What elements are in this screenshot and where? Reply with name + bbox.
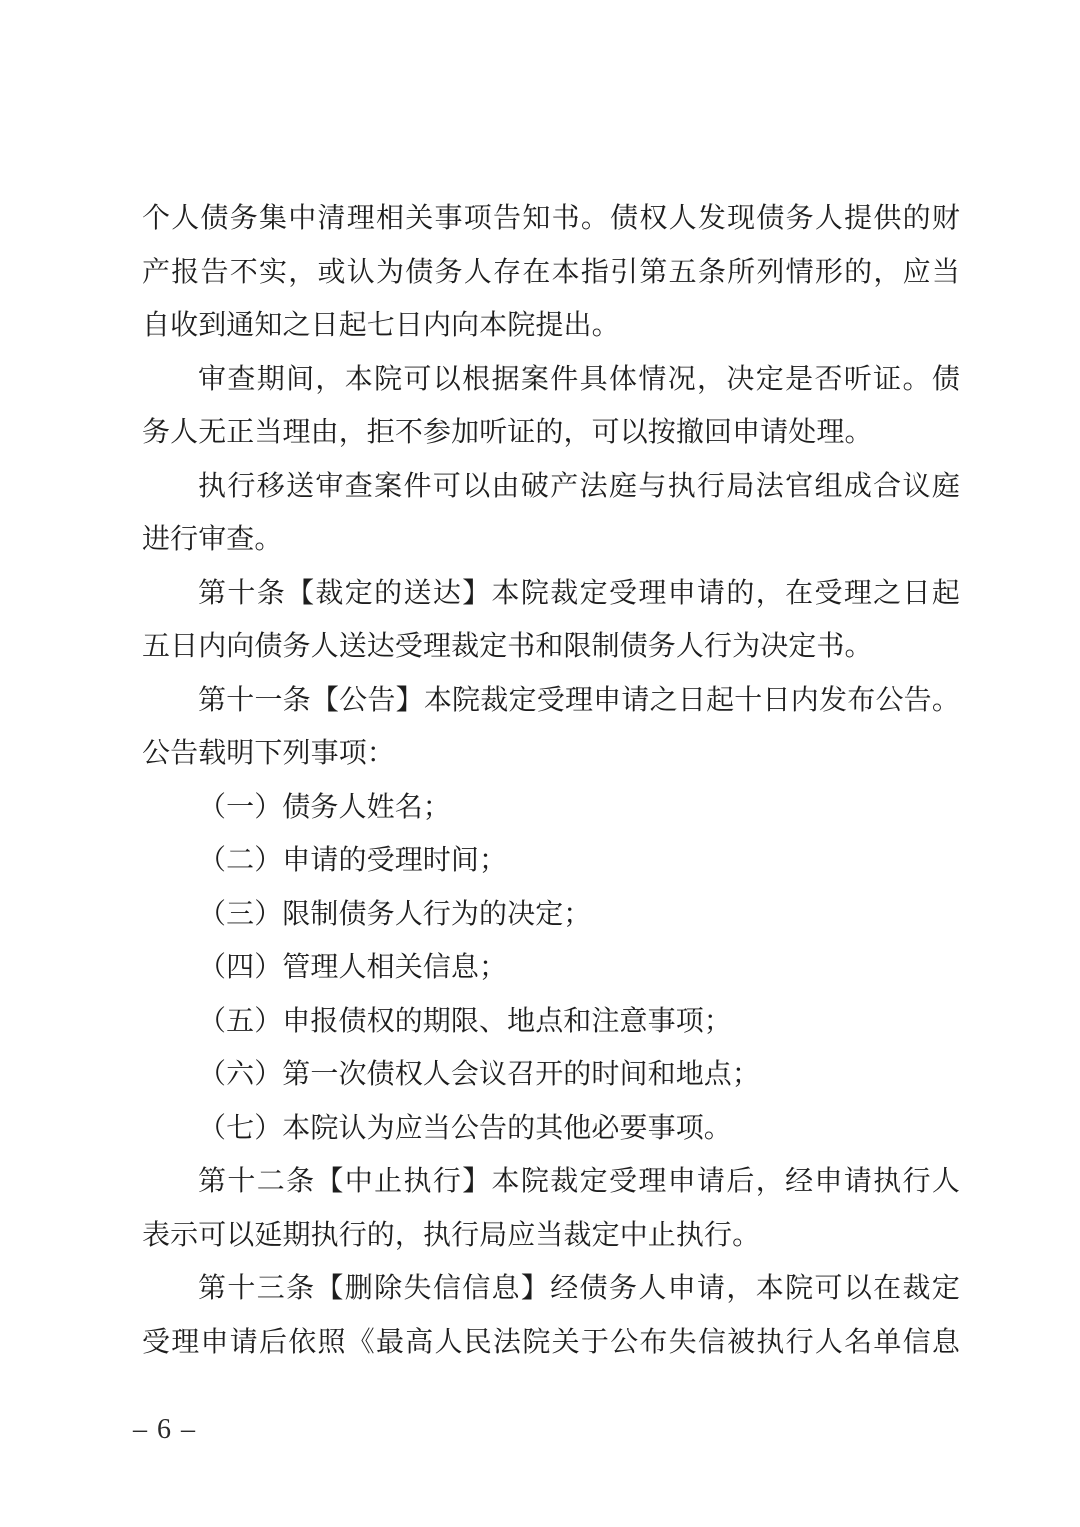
text-line: 务人无正当理由，拒不参加听证的，可以按撤回申请处理。 xyxy=(142,406,960,460)
text-line: 第十一条【公告】本院裁定受理申请之日起十日内发布公告。 xyxy=(142,674,960,728)
text-line: 受理申请后依照《最高人民法院关于公布失信被执行人名单信息 xyxy=(142,1316,960,1370)
text-line: 产报告不实，或认为债务人存在本指引第五条所列情形的，应当 xyxy=(142,246,960,300)
paragraph: （二）申请的受理时间； xyxy=(142,834,960,888)
text-line: 审查期间，本院可以根据案件具体情况，决定是否听证。债 xyxy=(142,353,960,407)
paragraph: 第十条【裁定的送达】本院裁定受理申请的，在受理之日起五日内向债务人送达受理裁定书… xyxy=(142,567,960,674)
document-body: 个人债务集中清理相关事项告知书。债权人发现债务人提供的财产报告不实，或认为债务人… xyxy=(142,192,960,1369)
text-line: （一）债务人姓名； xyxy=(142,781,960,835)
text-line: 第十三条【删除失信信息】经债务人申请，本院可以在裁定 xyxy=(142,1262,960,1316)
paragraph: （六）第一次债权人会议召开的时间和地点； xyxy=(142,1048,960,1102)
paragraph: （七）本院认为应当公告的其他必要事项。 xyxy=(142,1102,960,1156)
text-line: 第十二条【中止执行】本院裁定受理申请后，经申请执行人 xyxy=(142,1155,960,1209)
paragraph: 第十二条【中止执行】本院裁定受理申请后，经申请执行人表示可以延期执行的，执行局应… xyxy=(142,1155,960,1262)
text-line: （四）管理人相关信息； xyxy=(142,941,960,995)
text-line: 个人债务集中清理相关事项告知书。债权人发现债务人提供的财 xyxy=(142,192,960,246)
text-line: （三）限制债务人行为的决定； xyxy=(142,888,960,942)
text-line: （六）第一次债权人会议召开的时间和地点； xyxy=(142,1048,960,1102)
text-line: （五）申报债权的期限、地点和注意事项； xyxy=(142,995,960,1049)
text-line: 第十条【裁定的送达】本院裁定受理申请的，在受理之日起 xyxy=(142,567,960,621)
text-line: 五日内向债务人送达受理裁定书和限制债务人行为决定书。 xyxy=(142,620,960,674)
paragraph: （三）限制债务人行为的决定； xyxy=(142,888,960,942)
text-line: （二）申请的受理时间； xyxy=(142,834,960,888)
paragraph: （四）管理人相关信息； xyxy=(142,941,960,995)
paragraph: 执行移送审查案件可以由破产法庭与执行局法官组成合议庭进行审查。 xyxy=(142,460,960,567)
paragraph: （五）申报债权的期限、地点和注意事项； xyxy=(142,995,960,1049)
paragraph: 第十一条【公告】本院裁定受理申请之日起十日内发布公告。公告载明下列事项： xyxy=(142,674,960,781)
text-line: （七）本院认为应当公告的其他必要事项。 xyxy=(142,1102,960,1156)
text-line: 执行移送审查案件可以由破产法庭与执行局法官组成合议庭 xyxy=(142,460,960,514)
text-line: 自收到通知之日起七日内向本院提出。 xyxy=(142,299,960,353)
document-page: 个人债务集中清理相关事项告知书。债权人发现债务人提供的财产报告不实，或认为债务人… xyxy=(0,0,1080,1527)
text-line: 进行审查。 xyxy=(142,513,960,567)
text-line: 表示可以延期执行的，执行局应当裁定中止执行。 xyxy=(142,1209,960,1263)
paragraph: 审查期间，本院可以根据案件具体情况，决定是否听证。债务人无正当理由，拒不参加听证… xyxy=(142,353,960,460)
paragraph: 第十三条【删除失信信息】经债务人申请，本院可以在裁定受理申请后依照《最高人民法院… xyxy=(142,1262,960,1369)
text-line: 公告载明下列事项： xyxy=(142,727,960,781)
paragraph: （一）债务人姓名； xyxy=(142,781,960,835)
page-number: – 6 – xyxy=(133,1414,197,1446)
paragraph: 个人债务集中清理相关事项告知书。债权人发现债务人提供的财产报告不实，或认为债务人… xyxy=(142,192,960,353)
